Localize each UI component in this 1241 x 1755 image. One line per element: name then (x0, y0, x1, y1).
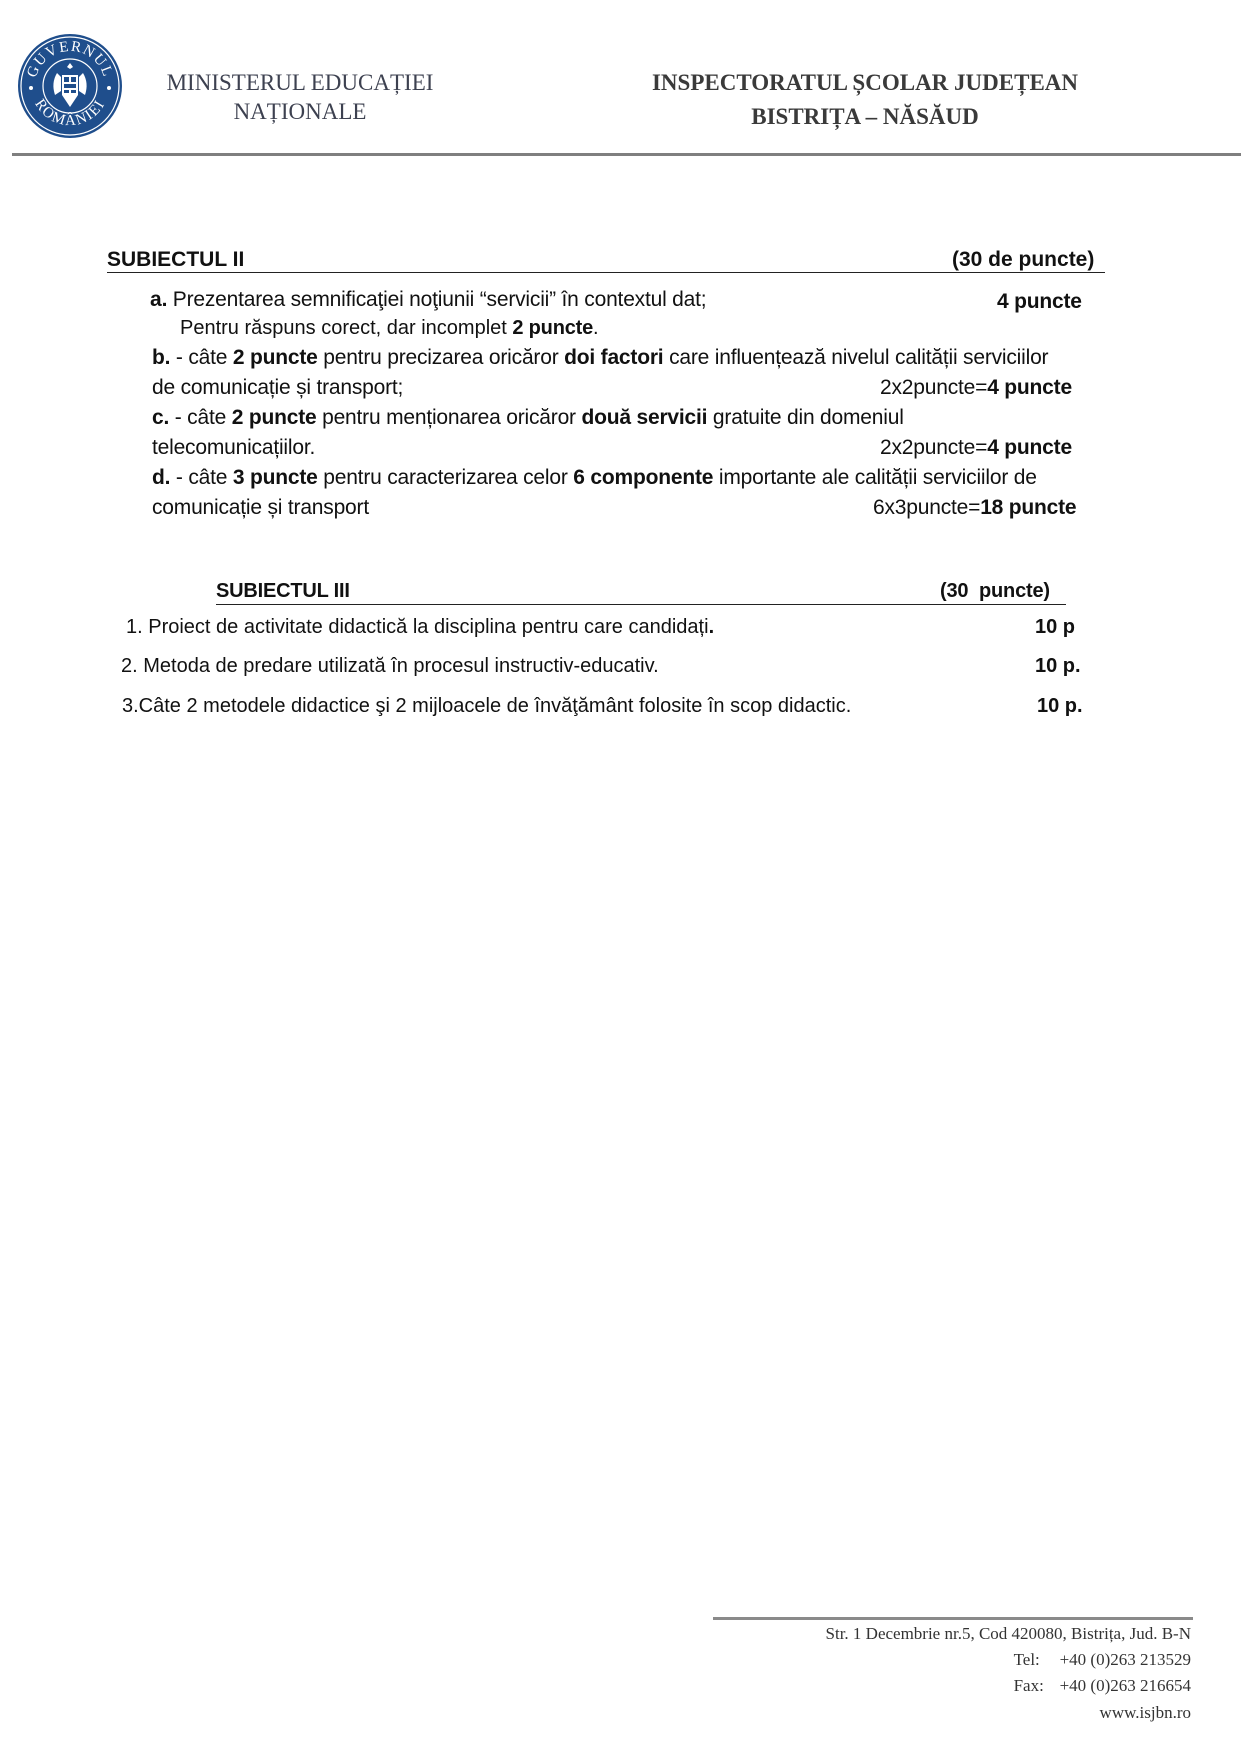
item-a-note-text: Pentru răspuns corect, dar incomplet (180, 317, 512, 339)
item-b-line2: de comunicație și transport; (152, 373, 403, 403)
item-a-label: a. (150, 288, 168, 311)
item-a-points: 4 puncte (997, 290, 1082, 314)
footer-tel-label: Tel: (1014, 1650, 1060, 1670)
subject-3-item-1: 1. Proiect de activitate didactică la di… (126, 612, 714, 642)
ministry-name: MINISTERUL EDUCAȚIEI NAȚIONALE (140, 68, 460, 126)
item-c-text1: - câte (169, 406, 232, 429)
item-d-line2: comunicație și transport (152, 493, 369, 523)
item-d-total: 18 puncte (980, 496, 1076, 519)
item-d-bold2: 6 componente (573, 466, 713, 489)
item-c-total: 4 puncte (987, 436, 1072, 459)
inspectorate-name-line2: BISTRIȚA – NĂSĂUD (620, 100, 1110, 134)
subject-3-item-1-end: . (709, 616, 715, 638)
subject-3-item-1-points: 10 p (1035, 616, 1075, 639)
item-b-score: 2x2puncte=4 puncte (880, 373, 1072, 403)
item-c-bold1: 2 puncte (232, 406, 317, 429)
header-divider (12, 153, 1241, 156)
item-d-score: 6x3puncte=18 puncte (873, 493, 1076, 523)
item-b-total: 4 puncte (987, 376, 1072, 399)
subject-2-points: (30 de puncte) (952, 248, 1094, 272)
inspectorate-name-line1: INSPECTORATUL ȘCOLAR JUDEȚEAN (620, 66, 1110, 100)
subject-3-item-3-points: 10 p. (1037, 695, 1083, 718)
item-c-calc: 2x2puncte= (880, 436, 987, 459)
ministry-name-line1: MINISTERUL EDUCAȚIEI (140, 68, 460, 97)
item-b-bold2: doi factori (564, 346, 663, 369)
item-c-text3: gratuite din domeniul (707, 406, 903, 429)
footer-fax-label: Fax: (1014, 1676, 1060, 1696)
footer-fax: Fax:+40 (0)263 216654 (1014, 1676, 1191, 1696)
item-d-text1: - câte (170, 466, 233, 489)
item-c-text2: pentru menționarea oricăror (316, 406, 581, 429)
item-d-bold1: 3 puncte (233, 466, 318, 489)
item-d-label: d. (152, 466, 170, 489)
ministry-name-line2: NAȚIONALE (140, 97, 460, 126)
subject-3-item-2: 2. Metoda de predare utilizată în proces… (121, 651, 659, 681)
item-a-note: Pentru răspuns corect, dar incomplet 2 p… (180, 313, 599, 343)
item-d-calc: 6x3puncte= (873, 496, 980, 519)
footer-address: Str. 1 Decembrie nr.5, Cod 420080, Bistr… (826, 1624, 1191, 1644)
footer-tel-value: +40 (0)263 213529 (1060, 1650, 1191, 1669)
item-b-calc: 2x2puncte= (880, 376, 987, 399)
government-seal-icon: GUVERNUL ROMÂNIEI (17, 33, 123, 139)
subject-3-points: (30 puncte) (940, 580, 1050, 603)
footer-website[interactable]: www.isjbn.ro (1100, 1703, 1191, 1723)
inspectorate-name: INSPECTORATUL ȘCOLAR JUDEȚEAN BISTRIȚA –… (620, 66, 1110, 134)
item-a-text: Prezentarea semnificaţiei noţiunii “serv… (173, 288, 707, 311)
subject-2-title: SUBIECTUL II (107, 248, 244, 272)
subject-3-item-2-points: 10 p. (1035, 655, 1081, 678)
item-b: b. - câte 2 puncte pentru precizarea ori… (152, 343, 1048, 373)
item-b-label: b. (152, 346, 170, 369)
item-a-note-points: 2 puncte (512, 317, 593, 339)
subject-3-underline (216, 604, 1066, 605)
footer-fax-value: +40 (0)263 216654 (1060, 1676, 1191, 1695)
subject-3-title: SUBIECTUL III (216, 580, 350, 603)
footer-tel: Tel:+40 (0)263 213529 (1014, 1650, 1191, 1670)
item-c-label: c. (152, 406, 169, 429)
subject-3-item-1-text: 1. Proiect de activitate didactică la di… (126, 616, 709, 638)
item-b-text3: care influențează nivelul calității serv… (663, 346, 1048, 369)
subject-2-underline (107, 272, 1105, 273)
item-b-text1: - câte (170, 346, 233, 369)
item-c-bold2: două servicii (581, 406, 707, 429)
item-d-text3: importante ale calității serviciilor de (713, 466, 1036, 489)
item-c: c. - câte 2 puncte pentru menționarea or… (152, 403, 904, 433)
item-c-score: 2x2puncte=4 puncte (880, 433, 1072, 463)
footer-divider (713, 1617, 1193, 1620)
item-b-bold1: 2 puncte (233, 346, 318, 369)
item-a-note-end: . (593, 317, 599, 339)
item-b-text2: pentru precizarea oricăror (318, 346, 565, 369)
item-d-text2: pentru caracterizarea celor (318, 466, 574, 489)
subject-3-item-3: 3.Câte 2 metodele didactice şi 2 mijloac… (122, 691, 851, 721)
item-c-line2: telecomunicațiilor. (152, 433, 315, 463)
item-a: a. Prezentarea semnificaţiei noţiunii “s… (150, 284, 706, 315)
item-d: d. - câte 3 puncte pentru caracterizarea… (152, 463, 1037, 493)
